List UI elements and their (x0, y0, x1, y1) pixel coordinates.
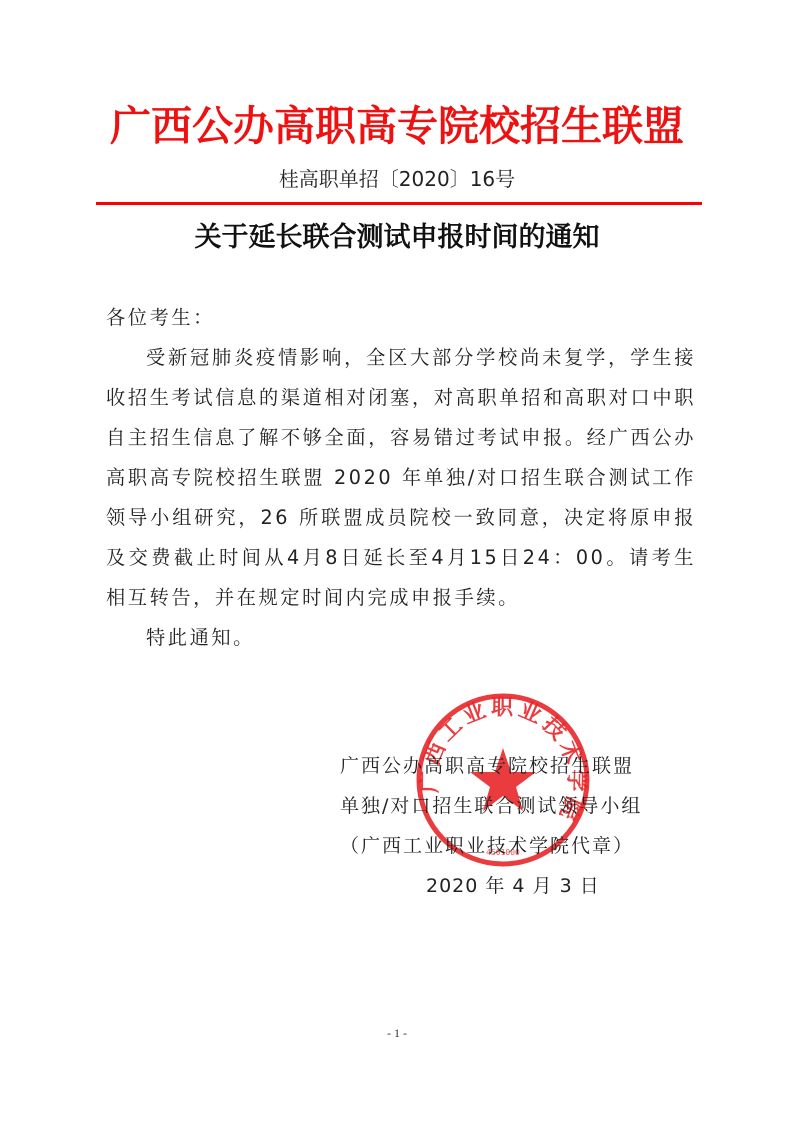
signature-org-line: 广西公办高职高专院校招生联盟 (340, 746, 660, 786)
document-page: 广西公办高职高专院校招生联盟 桂高职单招〔2020〕16号 关于延长联合测试申报… (0, 0, 794, 1122)
issuing-organization-title: 广西公办高职高专院校招生联盟 (0, 98, 794, 154)
signature-date: 2020 年 4 月 3 日 (340, 866, 660, 906)
notice-title: 关于延长联合测试申报时间的通知 (0, 218, 794, 258)
signature-group-line: 单独/对口招生联合测试领导小组 (340, 786, 660, 826)
red-divider-line (96, 202, 702, 205)
document-number: 桂高职单招〔2020〕16号 (0, 164, 794, 194)
signature-block: 广西公办高职高专院校招生联盟 单独/对口招生联合测试领导小组 （广西工业职业技术… (340, 746, 660, 906)
signature-seal-note: （广西工业职业技术学院代章） (340, 826, 660, 866)
notice-body: 各位考生： 受新冠肺炎疫情影响，全区大部分学校尚未复学，学生接收招生考试信息的渠… (106, 298, 696, 658)
closing-line: 特此通知。 (106, 618, 696, 658)
salutation: 各位考生： (106, 298, 696, 338)
body-paragraph: 受新冠肺炎疫情影响，全区大部分学校尚未复学，学生接收招生考试信息的渠道相对闭塞，… (106, 338, 696, 618)
page-number: - 1 - (0, 1026, 794, 1041)
